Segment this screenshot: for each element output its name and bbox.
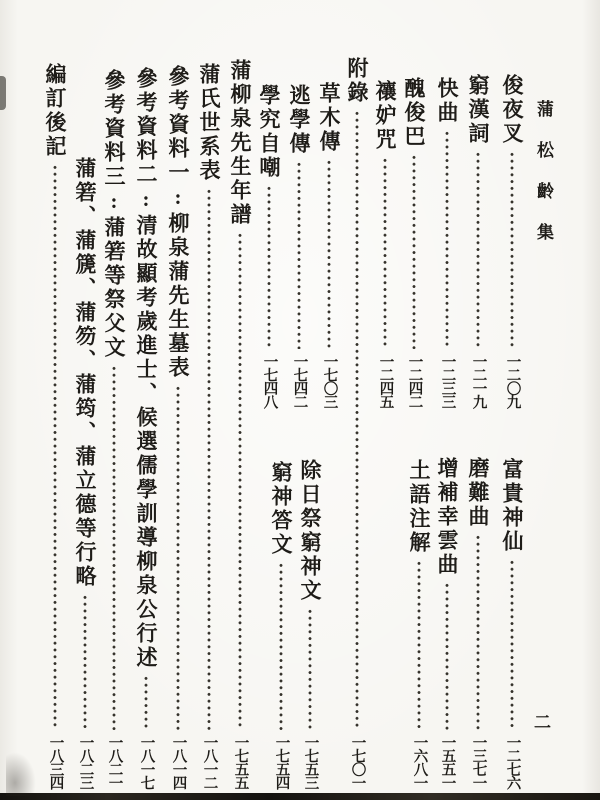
- entry-title: 編訂後記: [42, 63, 68, 159]
- entry-title: 參考資料二:清故顯考歲進士、候選儒學訓導柳泉公行述: [133, 67, 159, 670]
- running-title: 蒲松齡集: [531, 100, 556, 264]
- toc-entry: 草木傳 一七〇三: [316, 82, 342, 410]
- entry-page-number: 一七四八: [262, 354, 277, 410]
- toc-entry: 禳妒咒 一二四五: [372, 80, 398, 410]
- entry-page-number: 一七五四: [274, 735, 289, 791]
- dot-leader: [325, 159, 333, 349]
- toc-entry: 參考資料一:柳泉蒲先生墓表 一八一四: [165, 65, 191, 791]
- toc-entry: 醜俊巴 一二四二: [401, 77, 427, 410]
- entry-title: 逃學傳: [286, 84, 312, 156]
- entry-title: 參考資料三:蒲箬等祭父文: [101, 69, 127, 360]
- toc-entry: 參考資料二:清故顯考歲進士、候選儒學訓導柳泉公行述 一八一七: [133, 67, 159, 791]
- toc-subentry: 蒲箬、蒲篪、蒲笏、蒲筠、蒲立德等行略 一八二三: [72, 157, 98, 791]
- toc-entry: 俊夜叉 一二〇九: [499, 74, 525, 410]
- entry-title: 學究自嘲: [256, 84, 282, 180]
- entry-title: 富貴神仙: [499, 458, 525, 554]
- toc-entry: 快曲 一二三三: [434, 77, 460, 410]
- dot-leader: [295, 161, 303, 349]
- entry-page-number: 一二四二: [407, 354, 422, 410]
- entry-page-number: 一七〇一: [350, 735, 365, 791]
- entry-page-number: 一七五三: [303, 735, 318, 791]
- dot-leader: [474, 151, 482, 349]
- entry-title: 醜俊巴: [401, 77, 427, 149]
- toc-entry: 蒲柳泉先生年譜 一七五五: [227, 59, 253, 791]
- entry-page-number: 一七〇三: [322, 354, 337, 410]
- toc-entry: 蒲氏世系表 一八一二: [196, 63, 222, 791]
- entry-page-number: 一二〇九: [505, 354, 520, 410]
- dot-leader: [110, 365, 118, 730]
- dot-leader: [474, 534, 482, 730]
- entry-page-number: 一七四二: [292, 354, 307, 410]
- dot-leader: [277, 562, 285, 730]
- entry-page-number: 一八二三: [78, 735, 93, 791]
- entry-title: 參考資料一:柳泉蒲先生墓表: [165, 65, 191, 380]
- scan-smudge-artifact: [0, 76, 6, 110]
- toc-entry: 參考資料三:蒲箬等祭父文 一八二一: [101, 69, 127, 791]
- toc-entry: 除日祭窮神文 一七五三: [297, 459, 323, 791]
- dot-leader: [265, 185, 273, 349]
- entry-page-number: 一二三三: [440, 354, 455, 410]
- dot-leader: [415, 560, 423, 730]
- entry-title: 俊夜叉: [499, 74, 525, 146]
- entry-page-number: 一八一七: [139, 735, 154, 791]
- entry-title: 土語注解: [406, 459, 432, 555]
- entry-title: 蒲柳泉先生年譜: [227, 59, 253, 227]
- scanned-toc-page: 蒲松齡集 二 俊夜叉 一二〇九 窮漢詞 一二一九 快曲 一二三三 醜俊巴 一二四…: [0, 0, 600, 800]
- toc-section-appendix: 附錄 一七〇一: [344, 57, 370, 791]
- entry-page-number: 一六八一: [412, 735, 427, 791]
- entry-title: 窮漢詞: [465, 74, 491, 146]
- dot-leader: [410, 154, 418, 349]
- dot-leader: [142, 675, 150, 730]
- dot-leader: [443, 582, 451, 730]
- dot-leader: [174, 385, 182, 730]
- toc-entry: 增補幸雲曲 一五五一: [434, 457, 460, 791]
- entry-title: 草木傳: [316, 82, 342, 154]
- dot-leader: [508, 559, 516, 730]
- folio-page-number: 二: [534, 708, 551, 733]
- toc-entry: 磨難曲 一三七一: [465, 457, 491, 791]
- entry-page-number: 一三七一: [471, 735, 486, 791]
- entry-page-number: 一二七六: [505, 735, 520, 791]
- entry-title: 禳妒咒: [372, 80, 398, 152]
- entry-page-number: 一二一九: [471, 354, 486, 410]
- toc-entry: 土語注解 一六八一: [406, 459, 432, 791]
- toc-entry: 學究自嘲 一七四八: [256, 84, 282, 410]
- scan-edge-artifact: [0, 793, 600, 800]
- entry-page-number: 一八一四: [171, 735, 186, 791]
- entry-page-number: 一二四五: [378, 354, 393, 410]
- toc-entry: 編訂後記 一八三四: [42, 63, 68, 791]
- entry-page-number: 一八一二: [202, 735, 217, 791]
- entry-title: 蒲氏世系表: [196, 63, 222, 183]
- entry-page-number: 一八三四: [48, 735, 63, 791]
- dot-leader: [381, 157, 389, 349]
- dot-leader: [81, 594, 89, 730]
- entry-title: 蒲箬、蒲篪、蒲笏、蒲筠、蒲立德等行略: [72, 157, 98, 589]
- entry-title: 磨難曲: [465, 457, 491, 529]
- toc-entry: 富貴神仙 一二七六: [499, 458, 525, 791]
- dot-leader: [508, 151, 516, 349]
- entry-title: 窮神答文: [268, 461, 294, 557]
- entry-page-number: 一七五五: [233, 735, 248, 791]
- scan-smudge-artifact: [6, 752, 36, 796]
- toc-entry: 窮漢詞 一二一九: [465, 74, 491, 410]
- entry-title: 快曲: [434, 77, 460, 125]
- entry-title: 附錄: [344, 57, 370, 105]
- toc-entry: 窮神答文 一七五四: [268, 461, 294, 791]
- dot-leader: [443, 130, 451, 349]
- entry-title: 除日祭窮神文: [297, 459, 323, 603]
- entry-title: 增補幸雲曲: [434, 457, 460, 577]
- toc-entry: 逃學傳 一七四二: [286, 84, 312, 410]
- entry-page-number: 一五五一: [440, 735, 455, 791]
- dot-leader: [306, 608, 314, 730]
- entry-page-number: 一八二一: [107, 735, 122, 791]
- dot-leader: [353, 110, 361, 730]
- dot-leader: [51, 164, 59, 730]
- dot-leader: [236, 232, 244, 730]
- dot-leader: [205, 188, 213, 730]
